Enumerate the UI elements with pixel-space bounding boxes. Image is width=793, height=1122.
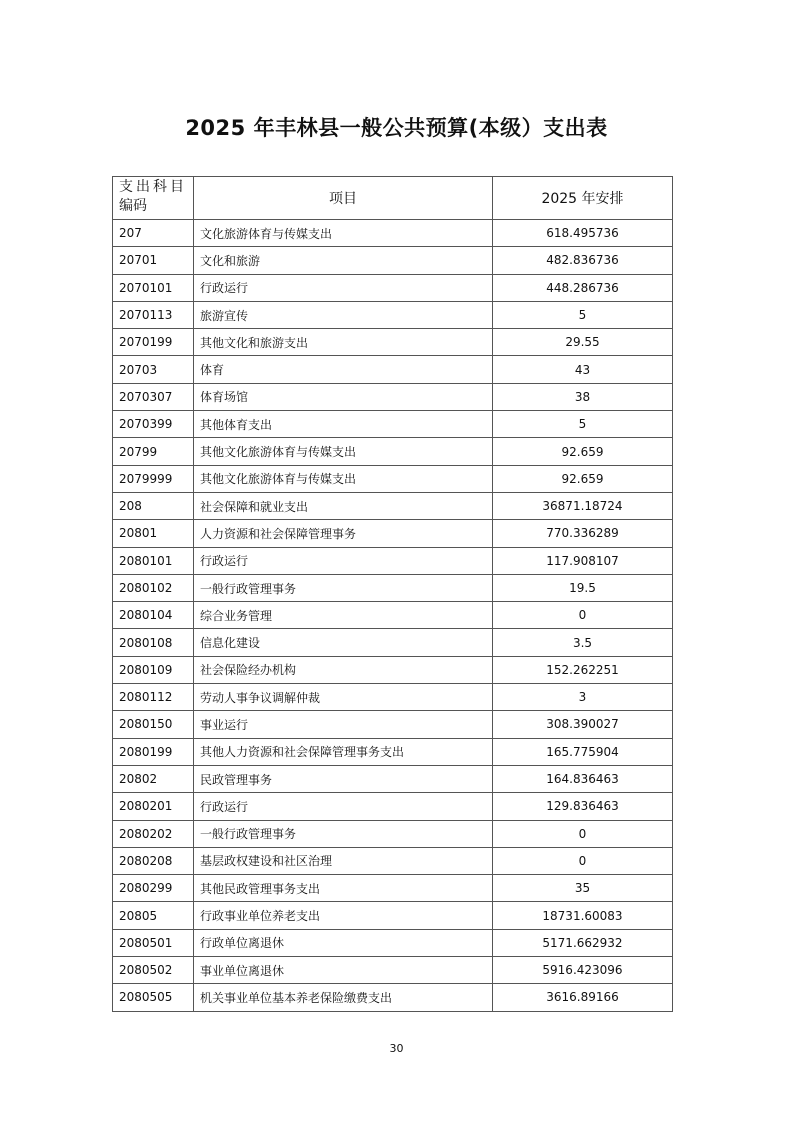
table-row: 2080112劳动人事争议调解仲裁3 bbox=[113, 684, 673, 711]
row-item: 社会保障和就业支出 bbox=[194, 492, 493, 519]
table-row: 2080108信息化建设3.5 bbox=[113, 629, 673, 656]
table-row: 2080505机关事业单位基本养老保险缴费支出3616.89166 bbox=[113, 984, 673, 1011]
row-amount: 36871.18724 bbox=[493, 492, 673, 519]
row-code: 2070101 bbox=[113, 274, 194, 301]
row-code: 2080202 bbox=[113, 820, 194, 847]
row-item: 其他体育支出 bbox=[194, 411, 493, 438]
row-item: 体育场馆 bbox=[194, 383, 493, 410]
row-code: 2080108 bbox=[113, 629, 194, 656]
page-title: 2025 年丰林县一般公共预算(本级）支出表 bbox=[0, 112, 793, 142]
row-item: 民政管理事务 bbox=[194, 765, 493, 792]
row-code: 2080208 bbox=[113, 847, 194, 874]
row-item: 行政运行 bbox=[194, 547, 493, 574]
row-code: 2070307 bbox=[113, 383, 194, 410]
row-amount: 18731.60083 bbox=[493, 902, 673, 929]
table-row: 2080199其他人力资源和社会保障管理事务支出165.775904 bbox=[113, 738, 673, 765]
page-number: 30 bbox=[0, 1042, 793, 1055]
row-amount: 43 bbox=[493, 356, 673, 383]
table-row: 20801人力资源和社会保障管理事务770.336289 bbox=[113, 520, 673, 547]
row-code: 20802 bbox=[113, 765, 194, 792]
row-item: 社会保险经办机构 bbox=[194, 656, 493, 683]
row-code: 2080501 bbox=[113, 929, 194, 956]
row-code: 2080104 bbox=[113, 602, 194, 629]
row-code: 2080101 bbox=[113, 547, 194, 574]
table-row: 2070199其他文化和旅游支出29.55 bbox=[113, 329, 673, 356]
table-row: 2070307体育场馆38 bbox=[113, 383, 673, 410]
row-amount: 3 bbox=[493, 684, 673, 711]
row-item: 信息化建设 bbox=[194, 629, 493, 656]
table-row: 2080502事业单位离退休5916.423096 bbox=[113, 957, 673, 984]
table-row: 20802民政管理事务164.836463 bbox=[113, 765, 673, 792]
row-item: 行政运行 bbox=[194, 793, 493, 820]
row-item: 事业运行 bbox=[194, 711, 493, 738]
row-item: 其他人力资源和社会保障管理事务支出 bbox=[194, 738, 493, 765]
row-item: 其他文化和旅游支出 bbox=[194, 329, 493, 356]
row-code: 2080102 bbox=[113, 574, 194, 601]
row-item: 行政事业单位养老支出 bbox=[194, 902, 493, 929]
row-code: 2080199 bbox=[113, 738, 194, 765]
row-code: 20799 bbox=[113, 438, 194, 465]
row-item: 综合业务管理 bbox=[194, 602, 493, 629]
row-code: 2080299 bbox=[113, 875, 194, 902]
budget-expenditure-table: 支出科目 编码 项目 2025 年安排 207文化旅游体育与传媒支出618.49… bbox=[112, 176, 673, 1012]
row-item: 一般行政管理事务 bbox=[194, 574, 493, 601]
header-code-line1: 支出科目 bbox=[119, 178, 187, 197]
row-amount: 0 bbox=[493, 602, 673, 629]
table-body: 207文化旅游体育与传媒支出618.49573620701文化和旅游482.83… bbox=[113, 220, 673, 1012]
row-amount: 308.390027 bbox=[493, 711, 673, 738]
row-amount: 165.775904 bbox=[493, 738, 673, 765]
row-item: 行政运行 bbox=[194, 274, 493, 301]
table-row: 2080150事业运行308.390027 bbox=[113, 711, 673, 738]
table-row: 207文化旅游体育与传媒支出618.495736 bbox=[113, 220, 673, 247]
row-code: 20701 bbox=[113, 247, 194, 274]
table-row: 20703体育43 bbox=[113, 356, 673, 383]
row-item: 体育 bbox=[194, 356, 493, 383]
table-row: 2070101行政运行448.286736 bbox=[113, 274, 673, 301]
row-amount: 38 bbox=[493, 383, 673, 410]
row-amount: 92.659 bbox=[493, 465, 673, 492]
row-item: 文化旅游体育与传媒支出 bbox=[194, 220, 493, 247]
row-amount: 19.5 bbox=[493, 574, 673, 601]
row-amount: 618.495736 bbox=[493, 220, 673, 247]
table-row: 2079999其他文化旅游体育与传媒支出92.659 bbox=[113, 465, 673, 492]
row-code: 2080112 bbox=[113, 684, 194, 711]
row-amount: 92.659 bbox=[493, 438, 673, 465]
row-code: 20801 bbox=[113, 520, 194, 547]
row-code: 207 bbox=[113, 220, 194, 247]
row-amount: 152.262251 bbox=[493, 656, 673, 683]
table-header-row: 支出科目 编码 项目 2025 年安排 bbox=[113, 177, 673, 220]
row-item: 一般行政管理事务 bbox=[194, 820, 493, 847]
table-row: 2070113旅游宣传5 bbox=[113, 301, 673, 328]
row-amount: 5 bbox=[493, 301, 673, 328]
row-amount: 3.5 bbox=[493, 629, 673, 656]
row-amount: 482.836736 bbox=[493, 247, 673, 274]
row-item: 文化和旅游 bbox=[194, 247, 493, 274]
row-code: 20805 bbox=[113, 902, 194, 929]
row-item: 人力资源和社会保障管理事务 bbox=[194, 520, 493, 547]
row-amount: 5916.423096 bbox=[493, 957, 673, 984]
row-item: 其他民政管理事务支出 bbox=[194, 875, 493, 902]
row-amount: 117.908107 bbox=[493, 547, 673, 574]
row-item: 其他文化旅游体育与传媒支出 bbox=[194, 438, 493, 465]
header-code: 支出科目 编码 bbox=[113, 177, 194, 220]
row-code: 2070113 bbox=[113, 301, 194, 328]
table-row: 208社会保障和就业支出36871.18724 bbox=[113, 492, 673, 519]
row-code: 2080201 bbox=[113, 793, 194, 820]
row-code: 2080109 bbox=[113, 656, 194, 683]
row-amount: 5 bbox=[493, 411, 673, 438]
header-amount: 2025 年安排 bbox=[493, 177, 673, 220]
row-code: 2070399 bbox=[113, 411, 194, 438]
table-row: 2080104综合业务管理0 bbox=[113, 602, 673, 629]
row-amount: 164.836463 bbox=[493, 765, 673, 792]
row-code: 20703 bbox=[113, 356, 194, 383]
row-code: 2070199 bbox=[113, 329, 194, 356]
table-row: 20701文化和旅游482.836736 bbox=[113, 247, 673, 274]
row-amount: 5171.662932 bbox=[493, 929, 673, 956]
row-item: 机关事业单位基本养老保险缴费支出 bbox=[194, 984, 493, 1011]
row-code: 208 bbox=[113, 492, 194, 519]
header-code-line2: 编码 bbox=[119, 197, 187, 216]
row-amount: 35 bbox=[493, 875, 673, 902]
table-row: 2080208基层政权建设和社区治理0 bbox=[113, 847, 673, 874]
table-row: 2080101行政运行117.908107 bbox=[113, 547, 673, 574]
table-row: 2080202一般行政管理事务0 bbox=[113, 820, 673, 847]
table-row: 2080299其他民政管理事务支出35 bbox=[113, 875, 673, 902]
row-amount: 29.55 bbox=[493, 329, 673, 356]
row-item: 基层政权建设和社区治理 bbox=[194, 847, 493, 874]
row-amount: 0 bbox=[493, 847, 673, 874]
row-amount: 770.336289 bbox=[493, 520, 673, 547]
table-row: 20799其他文化旅游体育与传媒支出92.659 bbox=[113, 438, 673, 465]
row-amount: 3616.89166 bbox=[493, 984, 673, 1011]
row-code: 2080502 bbox=[113, 957, 194, 984]
row-item: 事业单位离退休 bbox=[194, 957, 493, 984]
row-code: 2080150 bbox=[113, 711, 194, 738]
row-amount: 0 bbox=[493, 820, 673, 847]
row-item: 旅游宣传 bbox=[194, 301, 493, 328]
table-row: 2080501行政单位离退休5171.662932 bbox=[113, 929, 673, 956]
row-item: 劳动人事争议调解仲裁 bbox=[194, 684, 493, 711]
header-item: 项目 bbox=[194, 177, 493, 220]
table-row: 2080109社会保险经办机构152.262251 bbox=[113, 656, 673, 683]
table-row: 20805行政事业单位养老支出18731.60083 bbox=[113, 902, 673, 929]
row-item: 其他文化旅游体育与传媒支出 bbox=[194, 465, 493, 492]
row-amount: 129.836463 bbox=[493, 793, 673, 820]
table-row: 2070399其他体育支出5 bbox=[113, 411, 673, 438]
table-row: 2080201行政运行129.836463 bbox=[113, 793, 673, 820]
row-code: 2080505 bbox=[113, 984, 194, 1011]
table-row: 2080102一般行政管理事务19.5 bbox=[113, 574, 673, 601]
row-amount: 448.286736 bbox=[493, 274, 673, 301]
row-item: 行政单位离退休 bbox=[194, 929, 493, 956]
row-code: 2079999 bbox=[113, 465, 194, 492]
